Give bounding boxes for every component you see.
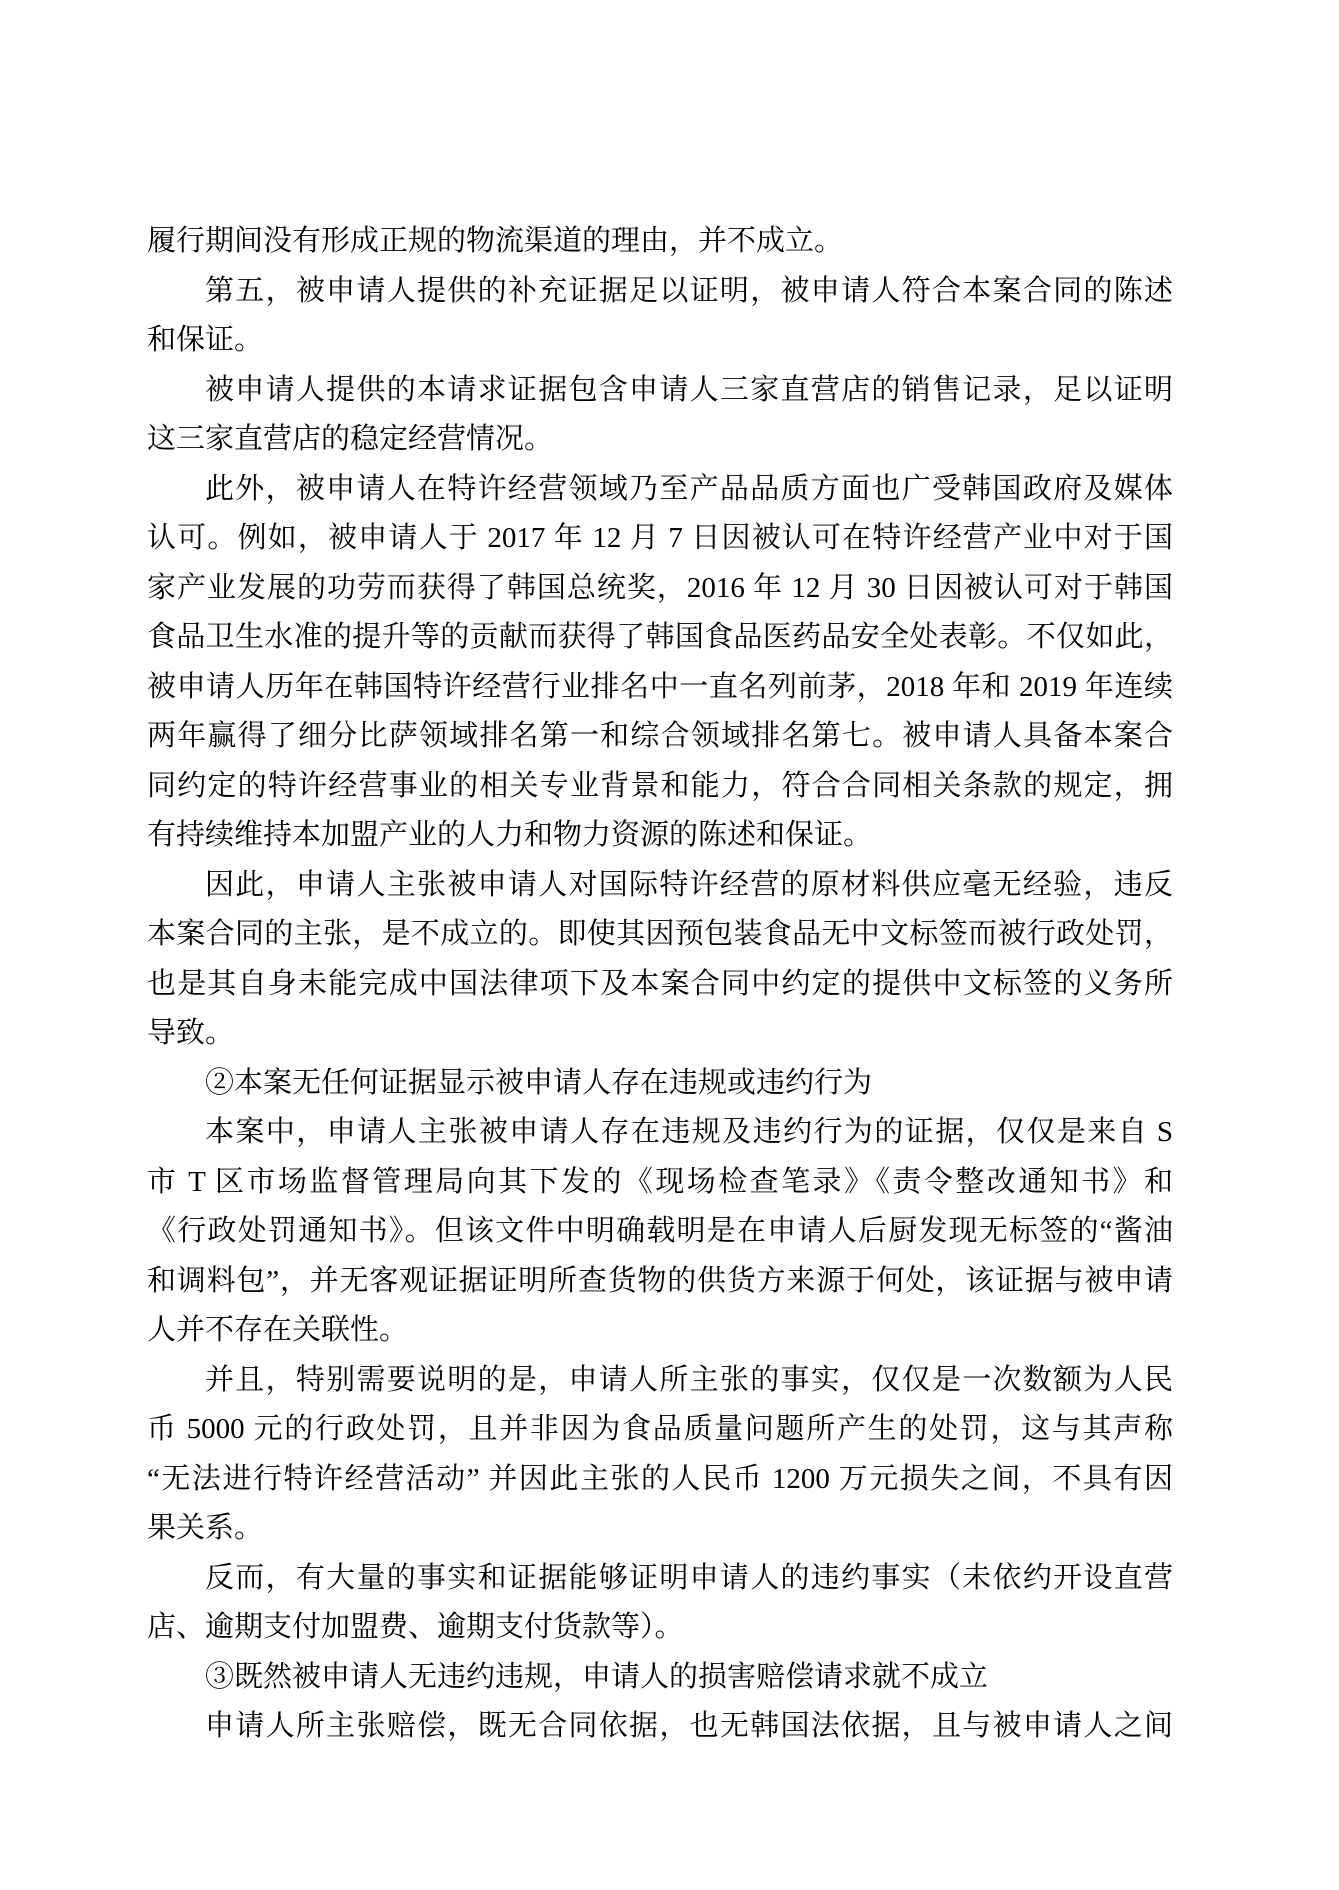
text-line: 食品卫生水准的提升等的贡献而获得了韩国食品医药品安全处表彰。不仅如此，: [147, 613, 1173, 663]
text-line: 店、逾期支付加盟费、逾期支付货款等）。: [147, 1603, 1173, 1653]
text-line: 认可。例如，被申请人于 2017 年 12 月 7 日因被认可在特许经营产业中对…: [147, 514, 1173, 564]
text-line: 同约定的特许经营事业的相关专业背景和能力，符合合同相关条款的规定，拥: [147, 762, 1173, 812]
text-line-heading-3: ③既然被申请人无违约违规，申请人的损害赔偿请求就不成立: [147, 1653, 1173, 1703]
text-line: 币 5000 元的行政处罚，且并非因为食品质量问题所产生的处罚，这与其声称: [147, 1405, 1173, 1455]
text-line: 也是其自身未能完成中国法律项下及本案合同中约定的提供中文标签的义务所: [147, 960, 1173, 1010]
text-line: 两年赢得了细分比萨领域排名第一和综合领域排名第七。被申请人具备本案合: [147, 712, 1173, 762]
text-line: 和保证。: [147, 316, 1173, 366]
text-line: 申请人所主张赔偿，既无合同依据，也无韩国法依据，且与被申请人之间: [147, 1702, 1173, 1752]
text-line: 并且，特别需要说明的是，申请人所主张的事实，仅仅是一次数额为人民: [147, 1356, 1173, 1406]
text-line: 履行期间没有形成正规的物流渠道的理由，并不成立。: [147, 217, 1173, 267]
text-line: 第五，被申请人提供的补充证据足以证明，被申请人符合本案合同的陈述: [147, 267, 1173, 317]
text-line: 市 T 区市场监督管理局向其下发的《现场检查笔录》《责令整改通知书》和: [147, 1158, 1173, 1208]
text-line: 家产业发展的功劳而获得了韩国总统奖，2016 年 12 月 30 日因被认可对于…: [147, 564, 1173, 614]
text-line: “无法进行特许经营活动” 并因此主张的人民币 1200 万元损失之间，不具有因: [147, 1455, 1173, 1505]
body-text: 履行期间没有形成正规的物流渠道的理由，并不成立。 第五，被申请人提供的补充证据足…: [147, 217, 1173, 1752]
text-line: 这三家直营店的稳定经营情况。: [147, 415, 1173, 465]
text-line: 人并不存在关联性。: [147, 1306, 1173, 1356]
text-line-heading-2: ②本案无任何证据显示被申请人存在违规或违约行为: [147, 1059, 1173, 1109]
text-line: 本案中，申请人主张被申请人存在违规及违约行为的证据，仅仅是来自 S: [147, 1108, 1173, 1158]
text-line: 有持续维持本加盟产业的人力和物力资源的陈述和保证。: [147, 811, 1173, 861]
text-line: 此外，被申请人在特许经营领域乃至产品品质方面也广受韩国政府及媒体: [147, 465, 1173, 515]
text-line: 因此，申请人主张被申请人对国际特许经营的原材料供应毫无经验，违反: [147, 861, 1173, 911]
text-line: 果关系。: [147, 1504, 1173, 1554]
document-page: 履行期间没有形成正规的物流渠道的理由，并不成立。 第五，被申请人提供的补充证据足…: [0, 0, 1339, 1890]
text-line: 反而，有大量的事实和证据能够证明申请人的违约事实（未依约开设直营: [147, 1554, 1173, 1604]
text-line: 和调料包”，并无客观证据证明所查货物的供货方来源于何处，该证据与被申请: [147, 1257, 1173, 1307]
text-line: 被申请人提供的本请求证据包含申请人三家直营店的销售记录，足以证明: [147, 366, 1173, 416]
text-line: 《行政处罚通知书》。但该文件中明确载明是在申请人后厨发现无标签的“酱油: [147, 1207, 1173, 1257]
text-line: 被申请人历年在韩国特许经营行业排名中一直名列前茅，2018 年和 2019 年连…: [147, 663, 1173, 713]
text-line: 本案合同的主张，是不成立的。即使其因预包装食品无中文标签而被行政处罚，: [147, 910, 1173, 960]
text-line: 导致。: [147, 1009, 1173, 1059]
